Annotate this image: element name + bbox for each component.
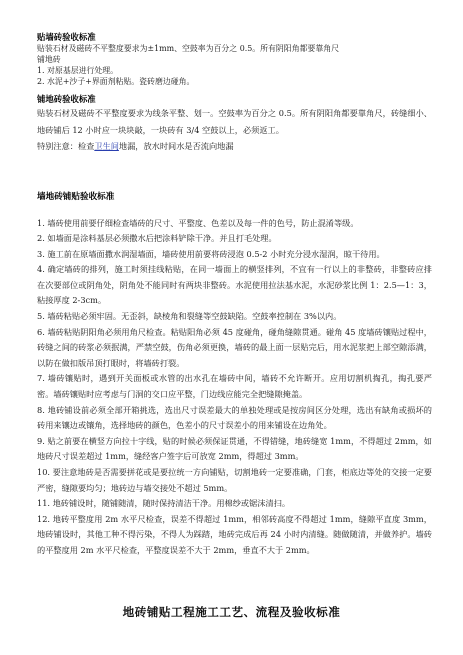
floor-tile-label: 铺地砖 [37, 54, 432, 65]
standards-list: 1. 墙砖使用前要仔细检查墙砖的尺寸、平整度、色差以及每一件的色号，防止混淆等级… [37, 216, 432, 559]
note-prefix: 特别注意：检查 [37, 141, 94, 151]
list-item: 2. 如墙面是涂料基层必须撒水后把涂料铲除干净。并且打毛处理。 [37, 231, 432, 247]
document-page: 贴墙砖验收标准 贴装石材及磁砖不平整度要求为±1mm、空鼓率为百分之 0.5。所… [0, 0, 463, 655]
list-item: 8. 地砖铺设前必须全部开箱挑选，选出尺寸误差最大的单独处理或是按房间区分处理，… [37, 403, 432, 434]
list-item: 5. 墙砖粘贴必须牢固。无歪斜，缺棱角和裂缝等空鼓缺陷。空鼓率控制在 3%以内。 [37, 309, 432, 325]
floor-tile-heading: 铺地砖验收标准 [37, 93, 432, 105]
note-suffix: 地漏，放水时间水是否流向地漏 [119, 141, 234, 151]
floor-tile-acceptance-section: 贴装石材及磁砖不平整度要求为线条平整、划一。空鼓率为百分之 0.5。所有阴阳角都… [37, 105, 432, 155]
list-item: 12. 地砖平整度用 2m 水平尺检查，误差不得超过 1mm，相邻砖高度不得超过… [37, 512, 432, 559]
special-note-line: 特别注意：检查卫生间地漏，放水时间水是否流向地漏 [37, 138, 432, 155]
wall-tile-paragraph: 贴装石材及磁砖不平整度要求为±1mm、空鼓率为百分之 0.5。所有阴阳角都要靠角… [37, 43, 432, 54]
wall-tile-heading: 贴墙砖验收标准 [37, 31, 432, 43]
list-item: 10. 要注意地砖是否需要拼花或是要拉统一方向铺贴，切割地砖一定要准确，门套，柜… [37, 465, 432, 496]
list-item: 4. 确定墙砖的排列，施工时须挂线粘贴，在同一墙面上的横竖排列，不宜有一行以上的… [37, 262, 432, 309]
list-item: 3. 施工前在原墙面撒水润湿墙面，墙砖使用前要将砖浸泡 0.5-2 小时充分浸水… [37, 247, 432, 263]
list-item: 6. 墙砖粘贴阴阳角必须用角尺检查。粘贴阳角必须 45 度碰角，碰角缝隙贯通。碰… [37, 325, 432, 372]
list-item: 7. 墙砖镶贴时，遇到开关面板或水管的出水孔在墙砖中间，墙砖不允许断开。应用切割… [37, 371, 432, 402]
floor-tile-step-1: 1. 对原基层进行处理。 [37, 65, 432, 76]
floor-tile-acceptance-paragraph: 贴装石材及磁砖不平整度要求为线条平整、划一。空鼓率为百分之 0.5。所有阴阳角都… [37, 105, 432, 138]
bathroom-link[interactable]: 卫生间 [94, 141, 119, 151]
list-item: 11. 地砖铺设时，随铺随清，随时保持清洁干净。用棉纱或锯沫清扫。 [37, 496, 432, 512]
floor-tile-step-2: 2. 水泥+沙子+界面剂粘贴。瓷砖磨边碰角。 [37, 76, 432, 87]
list-item: 1. 墙砖使用前要仔细检查墙砖的尺寸、平整度、色差以及每一件的色号，防止混淆等级… [37, 216, 432, 232]
list-item: 9. 贴之前要在横竖方向拉十字线，贴的时候必须保证贯通，不得错缝，地砖缝宽 1m… [37, 434, 432, 465]
document-footer-title: 地砖铺贴工程施工工艺、流程及验收标准 [0, 604, 463, 620]
wall-floor-tile-standards-heading: 墙地砖铺贴验收标准 [37, 191, 432, 204]
wall-tile-section: 贴墙砖验收标准 贴装石材及磁砖不平整度要求为±1mm、空鼓率为百分之 0.5。所… [37, 31, 432, 105]
